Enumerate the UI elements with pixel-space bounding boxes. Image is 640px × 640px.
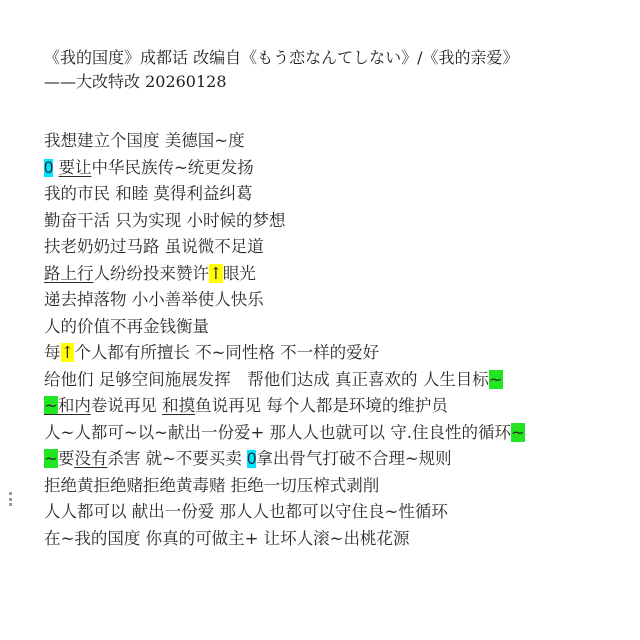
lyric-text: 杀害 就~不要买卖 [107,449,247,468]
lyric-line: ~要没有杀害 就~不要买卖 0拿出骨气打破不合理~规则 [44,446,525,473]
lyric-text: 人人都可以 献出一份爱 那人人也都可以守住良~性循环 [44,502,448,521]
lyric-line: 我想建立个国度 美德国~度 [44,128,525,155]
lyric-line: 人人都可以 献出一份爱 那人人也都可以守住良~性循环 [44,499,525,526]
lyric-line: 在~我的国度 你真的可做主+ 让坏人滚~出桃花源 [44,526,525,553]
highlighted-mark: ~ [44,396,58,415]
lyric-text: 没有 [74,449,107,468]
highlighted-mark: ↑ [209,264,223,283]
lyric-line: 递去掉落物 小小善举使人快乐 [44,287,525,314]
lyric-text: 路上行 [44,264,94,283]
lyric-text: 扶老奶奶过马路 虽说微不足道 [44,237,264,256]
highlighted-mark: ↑ [61,343,75,362]
lyric-line: 勤奋干活 只为实现 小时候的梦想 [44,208,525,235]
lyric-text: 递去掉落物 小小善举使人快乐 [44,290,264,309]
lyric-text: 鱼说再见 每个人都是环境的维护员 [195,396,448,415]
highlighted-mark: ~ [511,423,525,442]
lyric-text: 人的价值不再金钱衡量 [44,317,209,336]
lyric-text: 我想建立个国度 美德国~度 [44,131,245,150]
document-subtitle: ——大改特改 20260128 [44,70,624,94]
lyric-line: 我的市民 和睦 莫得利益纠葛 [44,181,525,208]
lyric-text: 卷说再见 [91,396,162,415]
lyric-text: 中华民族传~统更发扬 [91,158,253,177]
lyric-text: 我的市民 和睦 莫得利益纠葛 [44,184,253,203]
lyric-text: 每 [44,343,61,362]
lyric-text: 要让 [58,158,91,177]
lyric-line: 给他们 足够空间施展发挥 帮他们达成 真正喜欢的 人生目标~ [44,367,525,394]
lyric-text: 眼光 [223,264,256,283]
lyrics-body: 我想建立个国度 美德国~度0 要让中华民族传~统更发扬我的市民 和睦 莫得利益纠… [44,128,525,552]
lyric-text: 和内 [58,396,91,415]
document-title: 《我的国度》成都话 改编自《もう恋なんてしない》/《我的亲爱》 [44,46,624,70]
lyric-text: 勤奋干活 只为实现 小时候的梦想 [44,211,286,230]
lyric-line: 扶老奶奶过马路 虽说微不足道 [44,234,525,261]
lyric-line: 人~人都可~以~献出一份爱+ 那人人也就可以 守.住良性的循环~ [44,420,525,447]
lyric-text: 人~人都可~以~献出一份爱+ 那人人也就可以 守.住良性的循环 [44,423,511,442]
lyric-text: 个人都有所擅长 不~同性格 不一样的爱好 [74,343,379,362]
lyric-line: 人的价值不再金钱衡量 [44,314,525,341]
lyric-line: 每↑个人都有所擅长 不~同性格 不一样的爱好 [44,340,525,367]
drag-handle-icon[interactable] [9,492,12,506]
lyric-line: ~和内卷说再见 和摸鱼说再见 每个人都是环境的维护员 [44,393,525,420]
highlighted-mark: ~ [44,449,58,468]
lyric-text: 要 [58,449,75,468]
lyric-line: 0 要让中华民族传~统更发扬 [44,155,525,182]
lyric-line: 拒绝黄拒绝赌拒绝黄毒赌 拒绝一切压榨式剥削 [44,473,525,500]
highlighted-mark: ~ [489,370,503,389]
lyric-text: 人纷纷投来赞许 [94,264,210,283]
lyric-text: 拿出骨气打破不合理~规则 [256,449,451,468]
lyric-text: 给他们 足够空间施展发挥 帮他们达成 真正喜欢的 人生目标 [44,370,489,389]
document-header: 《我的国度》成都话 改编自《もう恋なんてしない》/《我的亲爱》 ——大改特改 2… [44,46,624,94]
lyric-text: 和摸 [162,396,195,415]
lyric-text: 拒绝黄拒绝赌拒绝黄毒赌 拒绝一切压榨式剥削 [44,476,379,495]
highlighted-mark: 0 [247,450,256,468]
highlighted-mark: 0 [44,159,53,177]
lyric-text: 在~我的国度 你真的可做主+ 让坏人滚~出桃花源 [44,529,409,548]
lyric-line: 路上行人纷纷投来赞许↑眼光 [44,261,525,288]
